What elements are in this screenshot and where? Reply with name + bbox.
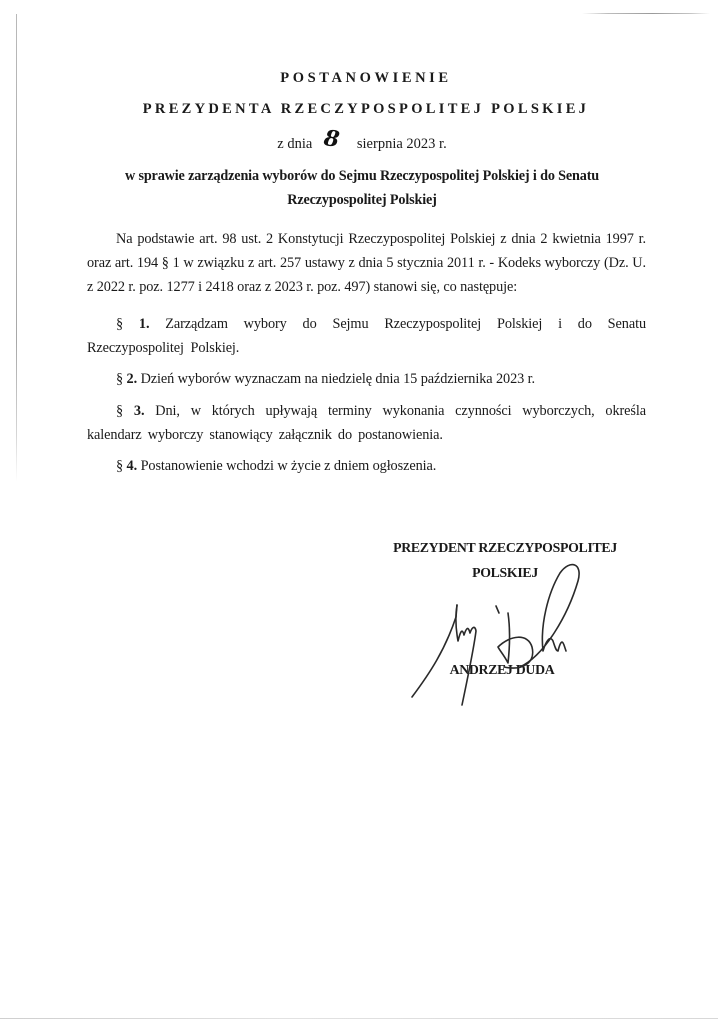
section-symbol: §	[116, 371, 123, 387]
document-title: POSTANOWIENIE	[0, 70, 724, 87]
document-subject-line-2: Rzeczypospolitej Polskiej	[0, 192, 724, 209]
section-number: 1.	[139, 316, 150, 332]
document-issuer: PREZYDENTA RZECZYPOSPOLITEJ POLSKIEJ	[0, 101, 724, 118]
section-4-paragraph: § 4. Postanowienie wchodzi w życie z dni…	[87, 455, 646, 479]
section-text: Dzień wyborów wyznaczam na niedzielę dni…	[141, 371, 535, 387]
date-prefix: z dnia	[277, 136, 312, 152]
section-text: Dni, w których upływają terminy wykonani…	[87, 403, 646, 443]
section-number: 2.	[127, 371, 138, 387]
handwritten-signature-icon	[400, 555, 600, 720]
preamble-paragraph: Na podstawie art. 98 ust. 2 Konstytucji …	[87, 228, 646, 299]
section-symbol: §	[116, 403, 123, 419]
handwritten-day: 8	[323, 131, 340, 147]
section-symbol: §	[116, 458, 123, 474]
section-2-paragraph: § 2. Dzień wyborów wyznaczam na niedziel…	[87, 368, 646, 392]
section-number: 4.	[127, 458, 138, 474]
document-subject-line-1: w sprawie zarządzenia wyborów do Sejmu R…	[0, 168, 724, 185]
document-date: z dnia 8 sierpnia 2023 r.	[0, 134, 724, 153]
signatory-title-line-1: PREZYDENT RZECZYPOSPOLITEJ	[372, 540, 638, 556]
date-suffix: sierpnia 2023 r.	[357, 136, 447, 152]
scan-edge-line-bottom	[0, 1018, 718, 1019]
section-1-paragraph: § 1. Zarządzam wybory do Sejmu Rzeczypos…	[87, 313, 646, 361]
section-number: 3.	[134, 403, 145, 419]
section-symbol: §	[116, 316, 123, 332]
section-text: Postanowienie wchodzi w życie z dniem og…	[141, 458, 437, 474]
document-page: POSTANOWIENIE PREZYDENTA RZECZYPOSPOLITE…	[0, 0, 724, 1024]
scan-edge-line-top	[582, 13, 710, 14]
section-text: Zarządzam wybory do Sejmu Rzeczypospolit…	[87, 316, 646, 356]
section-3-paragraph: § 3. Dni, w których upływają terminy wyk…	[87, 400, 646, 448]
